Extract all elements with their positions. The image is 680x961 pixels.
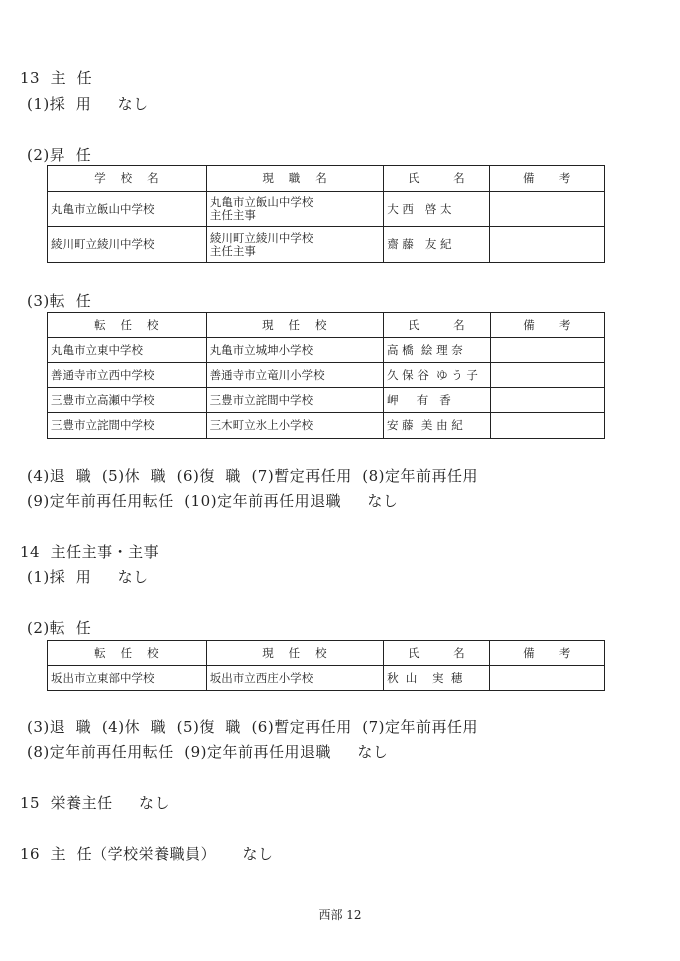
header-name: 氏 名 (384, 641, 490, 666)
cell-remarks (490, 666, 605, 691)
header-current-school: 現 任 校 (206, 313, 383, 338)
cell-name: 高 橋 絵 理 奈 (383, 338, 490, 363)
cell-remarks (490, 413, 604, 439)
header-name: 氏 名 (384, 166, 490, 192)
section-14-transfer-title: (2)転 任 (27, 619, 91, 637)
cell-current-school: 善通寺市立竜川小学校 (206, 363, 383, 388)
section-13-promotion-title: (2)昇 任 (27, 146, 91, 164)
cell-new-school: 三豊市立高瀬中学校 (48, 388, 207, 413)
cell-name: 大 西 啓 太 (384, 192, 490, 227)
section-13-hiring: (1)採 用 なし (27, 95, 149, 113)
header-current-position: 現 職 名 (206, 166, 383, 192)
section-13-other-items-line2: (9)定年前再任用転任 (10)定年前再任用退職 なし (27, 492, 398, 510)
table-row: 三豊市立高瀬中学校 三豊市立詫間中学校 岬 有 香 (48, 388, 605, 413)
table-row: 丸亀市立東中学校 丸亀市立城坤小学校 高 橋 絵 理 奈 (48, 338, 605, 363)
cell-remarks (490, 338, 604, 363)
cell-new-school: 善通寺市立西中学校 (48, 363, 207, 388)
cell-name: 秋 山 実 穂 (384, 666, 490, 691)
cell-new-school: 三豊市立詫間中学校 (48, 413, 207, 439)
promotion-table: 学 校 名 現 職 名 氏 名 備 考 丸亀市立飯山中学校 丸亀市立飯山中学校 … (47, 165, 605, 263)
table-row: 三豊市立詫間中学校 三木町立氷上小学校 安 藤 美 由 紀 (48, 413, 605, 439)
table-row: 綾川町立綾川中学校 綾川町立綾川中学校 主任主事 齋 藤 友 紀 (48, 227, 605, 263)
table-header-row: 転 任 校 現 任 校 氏 名 備 考 (48, 641, 605, 666)
header-school-name: 学 校 名 (48, 166, 207, 192)
section-13-other-items-line1: (4)退 職 (5)休 職 (6)復 職 (7)暫定再任用 (8)定年前再任用 (27, 467, 478, 485)
section-13-heading: 13 主 任 (20, 69, 92, 87)
cell-remarks (490, 227, 605, 263)
cell-name: 岬 有 香 (383, 388, 490, 413)
cell-position: 綾川町立綾川中学校 主任主事 (206, 227, 383, 263)
cell-new-school: 坂出市立東部中学校 (48, 666, 207, 691)
table-row: 坂出市立東部中学校 坂出市立西庄小学校 秋 山 実 穂 (48, 666, 605, 691)
header-current-school: 現 任 校 (206, 641, 383, 666)
section-14-other-items-line1: (3)退 職 (4)休 職 (5)復 職 (6)暫定再任用 (7)定年前再任用 (27, 718, 478, 736)
table-row: 丸亀市立飯山中学校 丸亀市立飯山中学校 主任主事 大 西 啓 太 (48, 192, 605, 227)
header-remarks: 備 考 (490, 313, 604, 338)
cell-current-school: 丸亀市立城坤小学校 (206, 338, 383, 363)
cell-current-school: 坂出市立西庄小学校 (206, 666, 383, 691)
cell-position: 丸亀市立飯山中学校 主任主事 (206, 192, 383, 227)
page-footer: 西部 12 (0, 906, 680, 923)
transfer-table-14: 転 任 校 現 任 校 氏 名 備 考 坂出市立東部中学校 坂出市立西庄小学校 … (47, 640, 605, 691)
section-13-transfer-title: (3)転 任 (27, 292, 91, 310)
header-name: 氏 名 (383, 313, 490, 338)
cell-new-school: 丸亀市立東中学校 (48, 338, 207, 363)
transfer-table-13: 転 任 校 現 任 校 氏 名 備 考 丸亀市立東中学校 丸亀市立城坤小学校 高… (47, 312, 605, 439)
header-remarks: 備 考 (490, 166, 605, 192)
cell-name: 久 保 谷 ゆ う 子 (383, 363, 490, 388)
header-new-school: 転 任 校 (48, 641, 207, 666)
table-header-row: 転 任 校 現 任 校 氏 名 備 考 (48, 313, 605, 338)
header-remarks: 備 考 (490, 641, 605, 666)
section-14-heading: 14 主任主事・主事 (20, 543, 159, 561)
section-16-heading: 16 主 任（学校栄養職員） なし (20, 845, 274, 863)
cell-current-school: 三木町立氷上小学校 (206, 413, 383, 439)
section-14-hiring: (1)採 用 なし (27, 568, 149, 586)
cell-current-school: 三豊市立詫間中学校 (206, 388, 383, 413)
table-row: 善通寺市立西中学校 善通寺市立竜川小学校 久 保 谷 ゆ う 子 (48, 363, 605, 388)
cell-school: 綾川町立綾川中学校 (48, 227, 207, 263)
header-new-school: 転 任 校 (48, 313, 207, 338)
cell-name: 安 藤 美 由 紀 (383, 413, 490, 439)
section-14-other-items-line2: (8)定年前再任用転任 (9)定年前再任用退職 なし (27, 743, 388, 761)
cell-remarks (490, 192, 605, 227)
section-15-heading: 15 栄養主任 なし (20, 794, 170, 812)
cell-name: 齋 藤 友 紀 (384, 227, 490, 263)
cell-remarks (490, 363, 604, 388)
cell-remarks (490, 388, 604, 413)
table-header-row: 学 校 名 現 職 名 氏 名 備 考 (48, 166, 605, 192)
cell-school: 丸亀市立飯山中学校 (48, 192, 207, 227)
